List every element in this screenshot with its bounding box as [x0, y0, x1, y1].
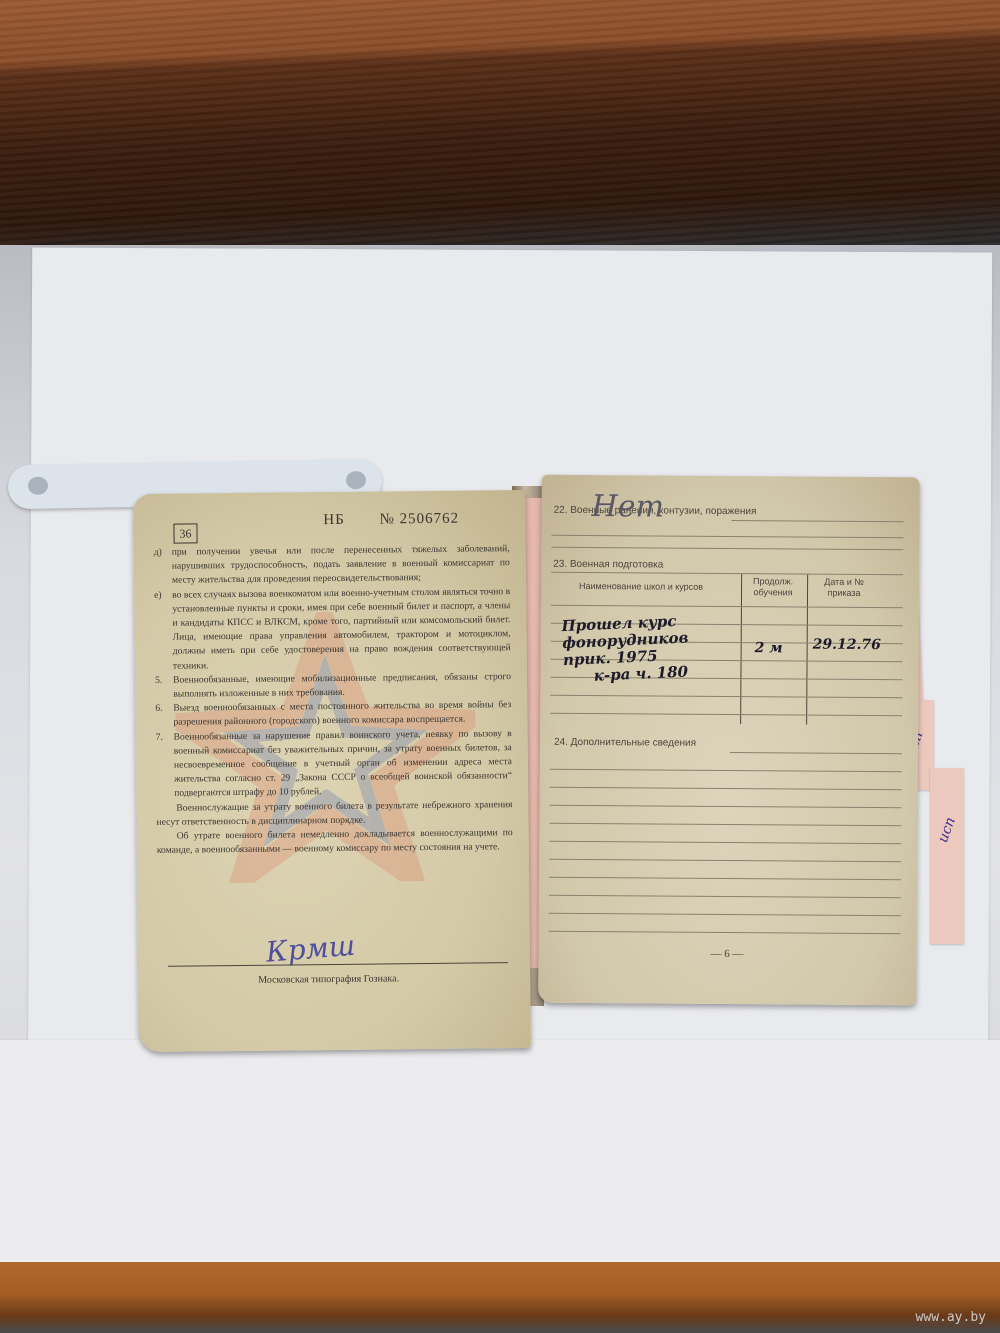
ruled-line [549, 841, 901, 844]
wooden-shelf-top [0, 0, 1000, 245]
serial-number: НБ № 2506762 [323, 511, 459, 529]
paragraph-6: 6.Выезд военнообязанных с места постоянн… [155, 698, 511, 730]
strap-hole-right [346, 471, 366, 489]
ruled-line [549, 823, 901, 826]
training-duration: 2 м [755, 640, 783, 656]
ruled-line [551, 572, 903, 575]
section-22-handwritten: Нет [592, 489, 665, 525]
paragraph-5: 5.Военнообязанные, имеющие мобилизационн… [155, 670, 511, 702]
ruled-line [550, 713, 902, 716]
ruled-line [549, 859, 901, 862]
ruled-line [550, 769, 902, 772]
column-divider [740, 574, 742, 724]
column-divider [806, 575, 808, 725]
ruled-line [549, 913, 901, 916]
ruled-line [551, 535, 903, 538]
number-sign: № [379, 511, 394, 527]
ruled-line [550, 805, 902, 808]
ruled-line [549, 931, 901, 934]
section-24-label: 24. Дополнительные сведения [554, 737, 696, 749]
page-folio: — 6 — [710, 948, 743, 960]
wooden-shelf-bottom: www.ay.by [0, 1262, 1000, 1333]
column-header-school: Наименование школ и курсов [571, 581, 711, 593]
paper-sheet-lower [0, 1040, 1000, 1280]
closing-paragraph: Военнослужащие за утрату военного билета… [156, 798, 512, 830]
tab-scribble: исп [935, 815, 959, 845]
closing-paragraph: Об утрате военного билета немедленно док… [157, 826, 513, 858]
page-number-box: 36 [173, 523, 197, 543]
signature: Крмш [265, 929, 357, 969]
serial-digits: 2506762 [400, 511, 460, 528]
right-page: 22. Военные ранения, контузии, поражения… [538, 475, 920, 1006]
printer-imprint: Московская типография Гознака. [258, 973, 399, 985]
ruled-line [549, 895, 901, 898]
strap-hole-left [28, 477, 48, 495]
ruled-line [730, 752, 902, 754]
ruled-line [549, 877, 901, 880]
watermark: www.ay.by [916, 1310, 986, 1325]
school-name: Прошел курс фонорудников прик. 1975 к-ра… [561, 612, 690, 686]
ruled-line [550, 787, 902, 790]
side-tab: исп [930, 768, 964, 944]
column-header-duration: Продолж. обучения [741, 576, 805, 598]
order-date: 29.12.76 [813, 637, 881, 653]
paragraph-d: д)при получении увечья или после перенес… [154, 542, 510, 588]
ruled-line [551, 605, 903, 608]
ruled-line [732, 520, 904, 522]
paragraph-e: е)во всех случаях вызова военкоматом или… [154, 585, 511, 674]
ruled-line [550, 695, 902, 698]
regulations-text: д)при получении увечья или после перенес… [154, 542, 513, 858]
section-23-label: 23. Военная подготовка [553, 559, 663, 571]
column-header-order: Дата и № приказа [809, 577, 879, 599]
paragraph-7: 7.Военнообязанные за нарушение правил во… [156, 727, 513, 802]
left-page: 36 НБ № 2506762 д)при получении увечья и… [133, 490, 531, 1052]
ruled-line [551, 547, 903, 550]
series-code: НБ [323, 512, 345, 528]
